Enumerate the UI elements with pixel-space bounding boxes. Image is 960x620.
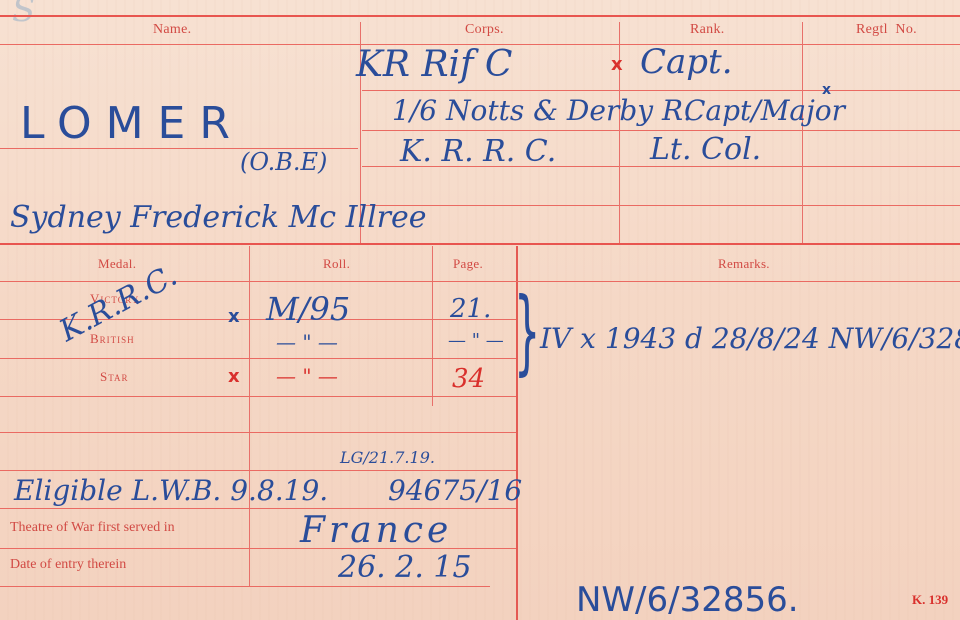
brace-bracket: }	[514, 286, 540, 378]
eligible-note: Eligible L.W.B. 9.8.19.	[14, 474, 328, 507]
roll-victory: M/95	[266, 290, 350, 328]
honour: (O.B.E)	[240, 148, 327, 176]
header-corps: Corps.	[465, 22, 504, 38]
date-value: 26. 2. 15	[338, 550, 472, 585]
date-label: Date of entry therein	[10, 557, 126, 573]
rank-1: Capt.	[640, 42, 733, 82]
star-mark: x	[228, 366, 240, 387]
roll-ref-above: LG/21.7.19.	[340, 448, 435, 467]
remarks-text: IV x 1943 d 28/8/24 NW/6/32856.	[540, 322, 960, 355]
theatre-label: Theatre of War first served in	[10, 520, 175, 536]
col-line-roll	[249, 246, 250, 586]
victory-mark: x	[228, 306, 240, 327]
header-remarks: Remarks.	[718, 256, 770, 272]
service-rule-2	[362, 130, 960, 131]
medal-index-card: S Name. Corps. Rank. Regtl No. LOMER (O.…	[0, 0, 960, 620]
medal-rule-3	[0, 396, 516, 397]
service-rule-4	[362, 205, 960, 206]
medal-rule-6	[0, 508, 516, 509]
header-regtl-no: Regtl No.	[856, 22, 917, 38]
header-name: Name.	[153, 22, 191, 38]
header-medal: Medal.	[98, 256, 136, 272]
medal-rule-5	[0, 470, 516, 471]
section-divider	[0, 243, 960, 245]
corps-2: 1/6 Notts & Derby R.	[392, 94, 692, 127]
corps-3: K. R. R. C.	[400, 134, 556, 169]
page-star: 34	[452, 364, 485, 394]
rank-1-mark: x	[611, 54, 623, 75]
roll-ref: 94675/16	[388, 474, 522, 507]
header-roll: Roll.	[323, 256, 350, 272]
col-line-regtl	[802, 22, 803, 243]
page-victory: 21.	[450, 294, 491, 324]
form-number: K. 139	[912, 592, 948, 608]
medal-rule-8	[0, 586, 490, 587]
medal-rule-2	[0, 358, 516, 359]
forenames: Sydney Frederick Mc Illree	[10, 200, 427, 235]
reference-number: NW/6/32856.	[576, 580, 799, 620]
theatre-value: France	[300, 510, 452, 551]
medal-star-label: Star	[100, 369, 129, 385]
col-line-page	[432, 246, 433, 406]
header-rank: Rank.	[690, 22, 725, 38]
service-rule-1	[362, 90, 960, 91]
surname: LOMER	[20, 98, 244, 149]
page-british: — " —	[448, 330, 504, 351]
medal-rule-4	[0, 432, 516, 433]
rank-3: Lt. Col.	[650, 132, 761, 167]
corps-1: KR Rif C	[356, 44, 512, 85]
top-border-line	[0, 15, 960, 17]
header-page: Page.	[453, 256, 483, 272]
roll-british: — " —	[276, 330, 338, 354]
roll-star: — " —	[276, 364, 338, 388]
rank-2: Capt/Major	[684, 94, 845, 127]
